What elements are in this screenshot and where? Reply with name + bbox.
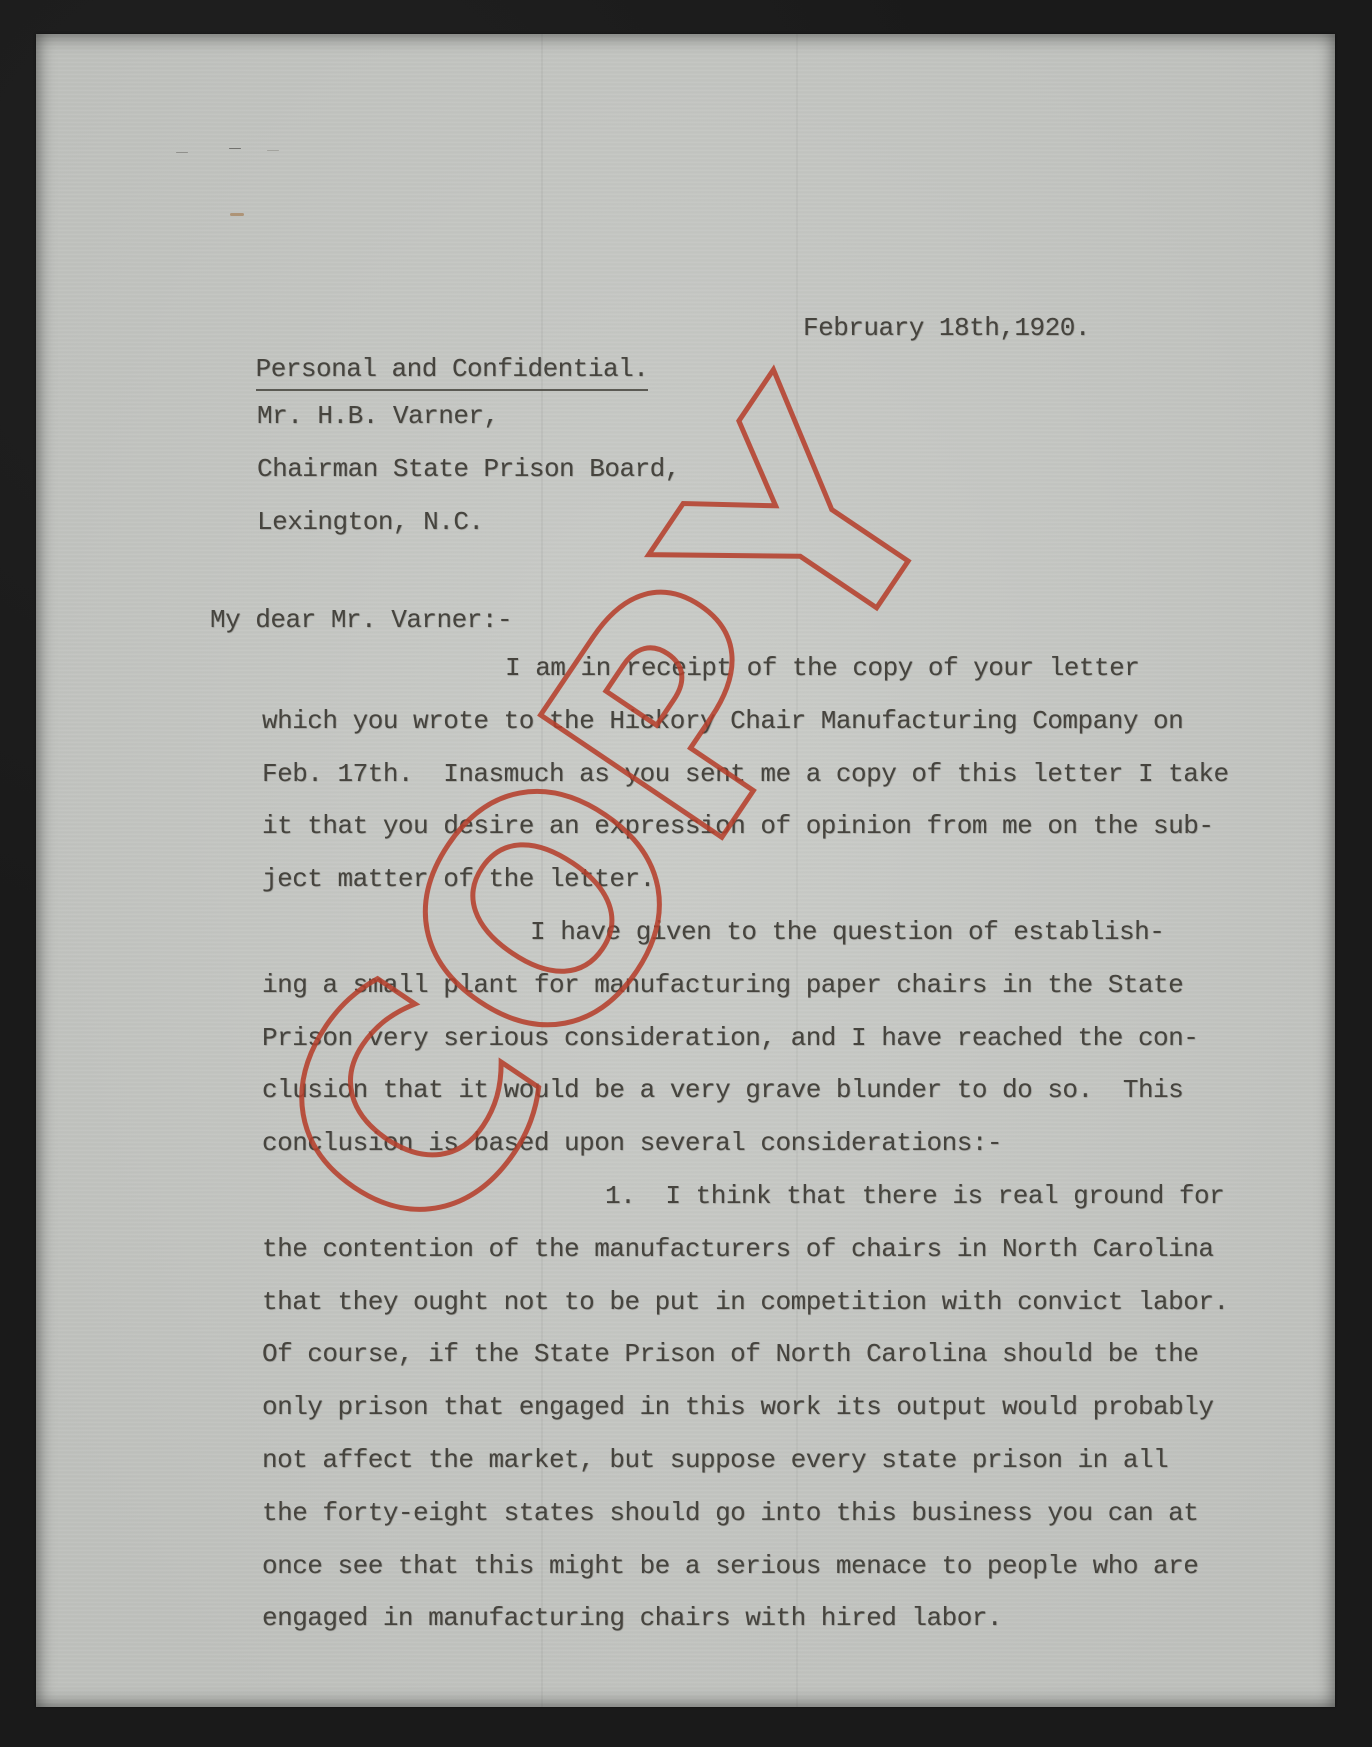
letter-text-line: Of course, if the State Prison of North … — [262, 1328, 1229, 1381]
letter-text-line: Lexington, N.C. — [257, 496, 680, 549]
letter-text-line: I am in receipt of the copy of your lett… — [262, 642, 1229, 695]
letter-text-line: I have given to the question of establis… — [262, 906, 1229, 959]
letter-text-line: it that you desire an expression of opin… — [262, 800, 1229, 853]
date-line: February 18th,1920. — [803, 313, 1090, 344]
letter-text-line: Prison very serious consideration, and I… — [262, 1012, 1229, 1065]
letter-text-line: clusion that it would be a very grave bl… — [262, 1064, 1229, 1117]
letter-text-line: engaged in manufacturing chairs with hir… — [262, 1592, 1229, 1645]
letter-text-line: Feb. 17th. Inasmuch as you sent me a cop… — [262, 748, 1229, 801]
letter-text-line: ject matter of the letter. — [262, 853, 1229, 906]
letter-text-line: conclusion is based upon several conside… — [262, 1117, 1229, 1170]
letter-text-line: only prison that engaged in this work it… — [262, 1381, 1229, 1434]
letter-text-line: not affect the market, but suppose every… — [262, 1434, 1229, 1487]
letter-text-line: which you wrote to the Hickory Chair Man… — [262, 695, 1229, 748]
letter-text-line: 1. I think that there is real ground for — [262, 1170, 1229, 1223]
letter-text-line: ing a small plant for manufacturing pape… — [262, 959, 1229, 1012]
classification-text: Personal and Confidential. — [256, 354, 649, 391]
letter-text-line: that they ought not to be put in competi… — [262, 1276, 1229, 1329]
letter-text-line: the contention of the manufacturers of c… — [262, 1223, 1229, 1276]
letter-text-line: the forty-eight states should go into th… — [262, 1487, 1229, 1540]
letter-text-line: Chairman State Prison Board, — [257, 443, 680, 496]
letter-body: I am in receipt of the copy of your lett… — [262, 642, 1229, 1645]
letter-paper: Personal and Confidential. February 18th… — [36, 34, 1335, 1707]
salutation-line: My dear Mr. Varner:- — [210, 605, 512, 636]
letter-text-line: once see that this might be a serious me… — [262, 1540, 1229, 1593]
letter-text-line: Mr. H.B. Varner, — [257, 390, 680, 443]
scanned-letter-page: Personal and Confidential. February 18th… — [0, 0, 1372, 1747]
recipient-address: Mr. H.B. Varner,Chairman State Prison Bo… — [257, 390, 680, 549]
